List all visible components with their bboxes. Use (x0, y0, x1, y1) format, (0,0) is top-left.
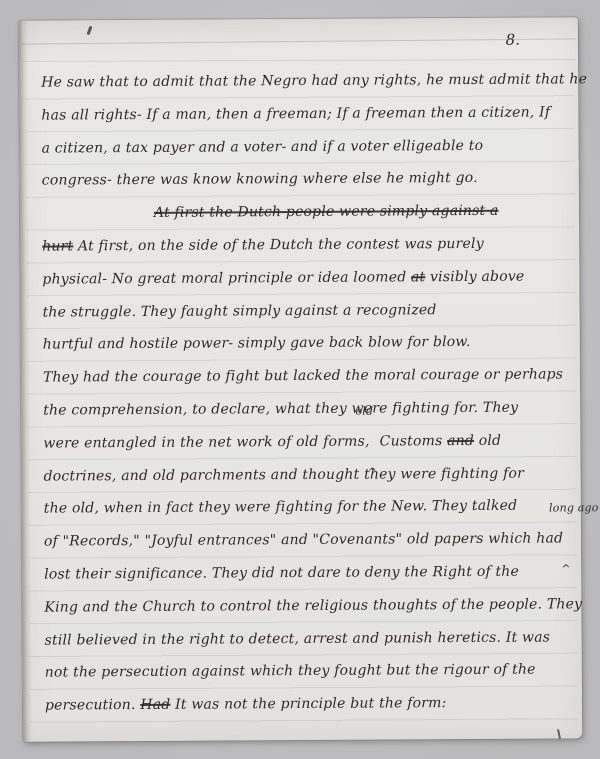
manuscript-line: were entangled in the net work of old fo… (43, 425, 564, 461)
text-segment: congress- there was know knowing where e… (42, 170, 478, 189)
manuscript-line: physical- No great moral principle or id… (42, 261, 563, 297)
text-segment: the struggle. They faught simply against… (43, 302, 437, 320)
handwritten-text-block: He saw that to admit that the Negro had … (41, 64, 566, 723)
manuscript-line: not the persecution against which they f… (45, 655, 566, 691)
text-segment: They had the courage to fight but lacked… (43, 367, 563, 386)
text-segment: has all rights- If a man, then a freeman… (41, 104, 550, 123)
page-number: 8. (506, 31, 520, 49)
manuscript-line: hurt At first, on the side of the Dutch … (42, 228, 563, 264)
text-segment: King and the Church to control the relig… (44, 596, 582, 615)
text-segment: visibly above (425, 268, 524, 285)
text-segment: the old, when in fact they were fighting… (44, 498, 518, 517)
text-segment: persecution. (45, 697, 140, 714)
inserted-word-text: long ago (549, 493, 599, 523)
text-segment: were entangled in the net work of old fo… (43, 433, 369, 451)
text-segment: a citizen, a tax payer and a voter- and … (42, 137, 484, 156)
text-segment: old (474, 433, 501, 449)
manuscript-line: They had the courage to fight but lacked… (43, 360, 564, 396)
manuscript-line: King and the Church to control the relig… (44, 589, 565, 625)
text-segment: of "Records," "Joyful entrances" and "Co… (44, 531, 563, 550)
manuscript-line: of "Records," "Joyful entrances" and "Co… (44, 524, 565, 560)
manuscript-line: congress- there was know knowing where e… (42, 163, 563, 199)
struck-through-text: hurt (42, 238, 73, 254)
paper-fold-crease (21, 59, 576, 62)
manuscript-line: the old, when in fact they were fighting… (44, 491, 565, 527)
text-segment: He saw that to admit that the Negro had … (41, 71, 587, 90)
struck-through-text: at (411, 269, 425, 285)
paper-fold-crease (21, 38, 576, 44)
manuscript-line: At first the Dutch people were simply ag… (42, 196, 563, 232)
text-segment: lost their significance. They did not da… (44, 564, 519, 583)
manuscript-line: hurtful and hostile power- simply gave b… (43, 327, 564, 363)
manuscript-line: doctrines, and old parchments and though… (43, 458, 564, 494)
manuscript-line: lost their significance. They did not da… (44, 556, 565, 592)
manuscript-paper-sheet: 8. He saw that to admit that the Negro h… (19, 17, 582, 741)
scanned-manuscript-page: { "document": { "page_number": "8.", "in… (0, 0, 600, 759)
manuscript-line: the struggle. They faught simply against… (42, 294, 563, 330)
inserted-word-text: old (355, 396, 373, 426)
struck-through-text: and (447, 433, 474, 449)
text-segment: physical- No great moral principle or id… (42, 269, 411, 287)
text-segment: It was not the principle but the form: (170, 695, 446, 713)
text-segment: doctrines, and old parchments and though… (44, 465, 524, 484)
manuscript-line: a citizen, a tax payer and a voter- and … (41, 130, 562, 166)
paper-torn-left-edge (19, 21, 32, 742)
manuscript-line: persecution. Had It was not the principl… (45, 688, 566, 724)
text-segment: the comprehension, to declare, what they… (43, 400, 518, 419)
text-segment: Customs (380, 433, 448, 449)
text-segment: still believed in the right to detect, a… (45, 629, 551, 648)
manuscript-line: still believed in the right to detect, a… (44, 622, 565, 658)
text-segment: At first, on the side of the Dutch the c… (73, 236, 484, 255)
text-segment: hurtful and hostile power- simply gave b… (43, 334, 471, 353)
manuscript-line: has all rights- If a man, then a freeman… (41, 97, 562, 133)
manuscript-line: He saw that to admit that the Negro had … (41, 64, 562, 100)
struck-through-text: At first the Dutch people were simply ag… (154, 203, 499, 221)
text-segment: not the persecution against which they f… (45, 662, 536, 681)
struck-through-text: Had (140, 697, 170, 713)
manuscript-line: the comprehension, to declare, what they… (43, 392, 564, 428)
